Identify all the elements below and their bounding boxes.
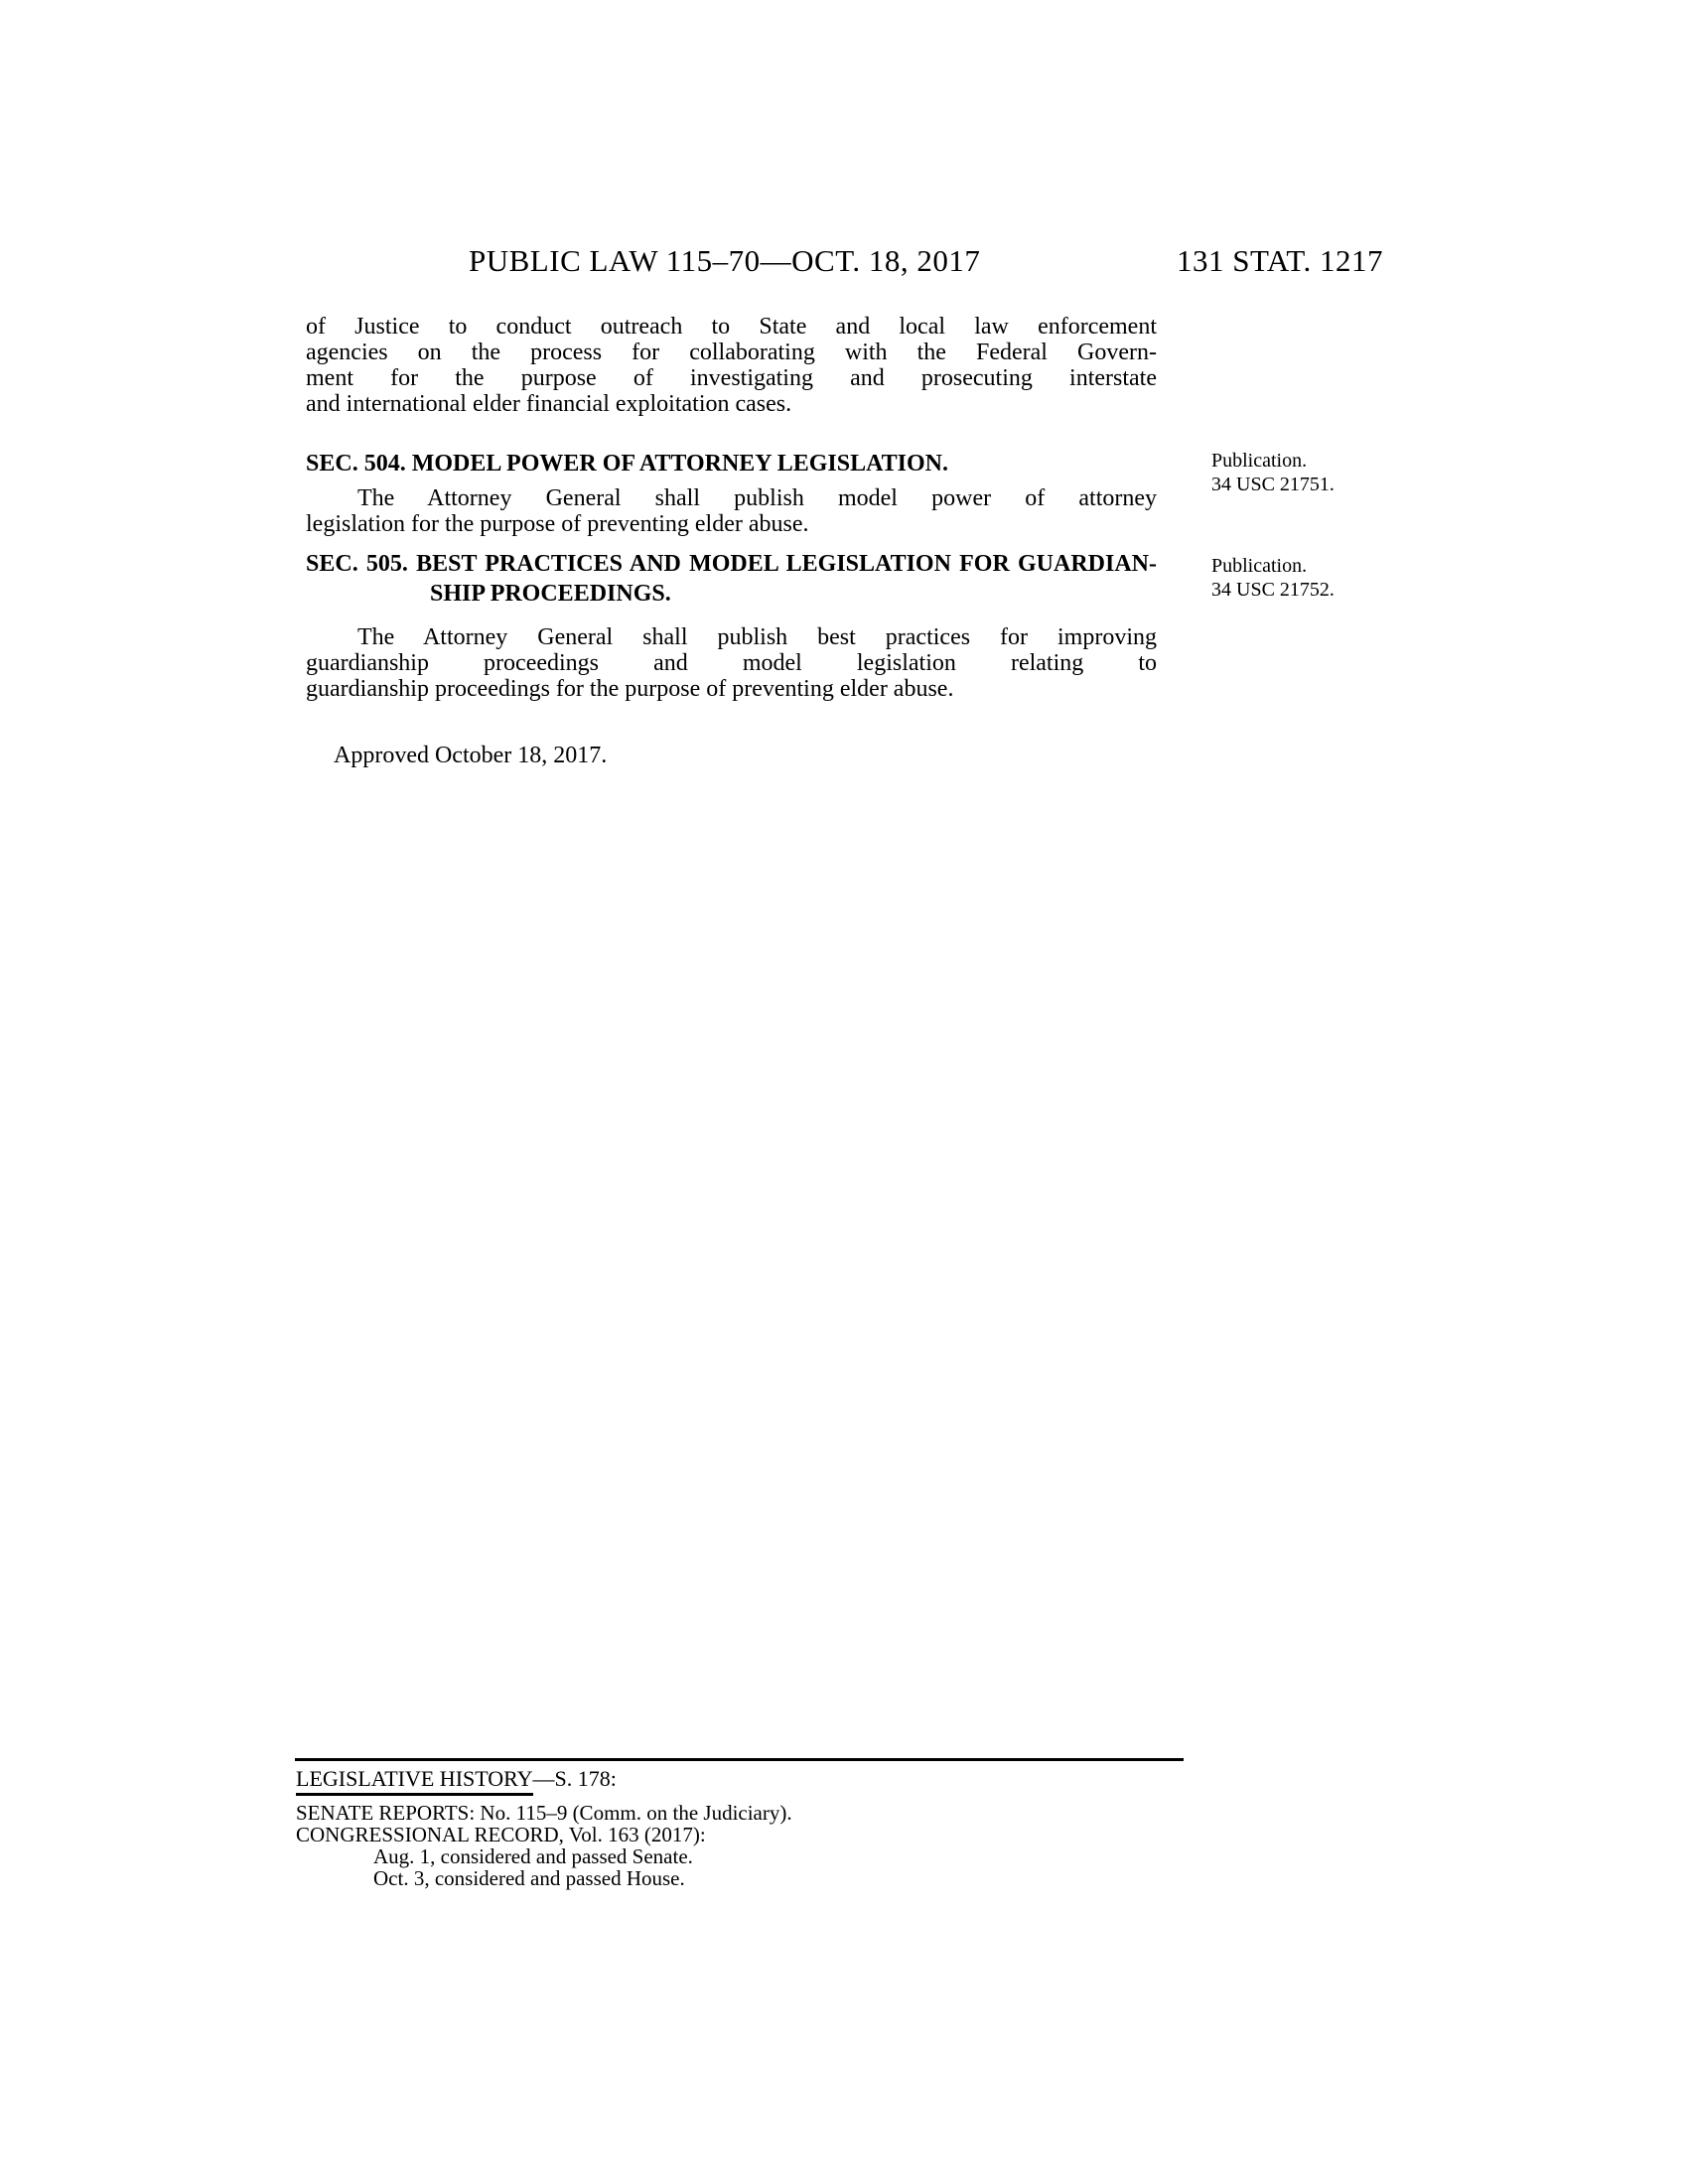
paragraph-line: The Attorney General shall publish best … (306, 624, 1157, 650)
paragraph-line: of Justice to conduct outreach to State … (306, 314, 1157, 340)
sec-504-margin-note: Publication. 34 USC 21751. (1211, 449, 1380, 496)
paragraph-line: ment for the purpose of investigating an… (306, 365, 1157, 391)
congressional-record-line: CONGRESSIONAL RECORD, Vol. 163 (2017): (296, 1824, 1184, 1845)
page-header-law-title: PUBLIC LAW 115–70—OCT. 18, 2017 (469, 243, 980, 279)
record-item: Aug. 1, considered and passed Senate. (296, 1845, 1184, 1867)
sec-505-paragraph: The Attorney General shall publish best … (306, 624, 1157, 702)
legislative-history-heading: LEGISLATIVE HISTORY—S. 178: (296, 1766, 617, 1792)
sec-505-heading: SEC. 505. BEST PRACTICES AND MODEL LEGIS… (306, 549, 1157, 609)
heading-line: SEC. 505. BEST PRACTICES AND MODEL LEGIS… (306, 549, 1157, 579)
intro-paragraph: of Justice to conduct outreach to State … (306, 314, 1157, 417)
paragraph-line: legislation for the purpose of preventin… (306, 511, 1157, 537)
paragraph-line: guardianship proceedings and model legis… (306, 650, 1157, 676)
paragraph-line: guardianship proceedings for the purpose… (306, 676, 1157, 702)
margin-note-line: Publication. (1211, 554, 1380, 578)
legislative-history-rule (295, 1758, 1184, 1761)
heading-line: SHIP PROCEEDINGS. (306, 579, 1157, 609)
legislative-history-title: LEGISLATIVE HISTORY (296, 1766, 533, 1796)
paragraph-line: agencies on the process for collaboratin… (306, 340, 1157, 365)
paragraph-line: and international elder financial exploi… (306, 391, 1157, 417)
margin-note-line: 34 USC 21751. (1211, 473, 1380, 496)
senate-reports-line: SENATE REPORTS: No. 115–9 (Comm. on the … (296, 1802, 1184, 1824)
record-item: Oct. 3, considered and passed House. (296, 1867, 1184, 1889)
margin-note-line: 34 USC 21752. (1211, 578, 1380, 602)
sec-504-paragraph: The Attorney General shall publish model… (306, 485, 1157, 537)
legislative-history-bill-number: —S. 178: (533, 1766, 617, 1791)
sec-505-margin-note: Publication. 34 USC 21752. (1211, 554, 1380, 602)
paragraph-line: The Attorney General shall publish model… (306, 485, 1157, 511)
page-header-stat-number: 131 STAT. 1217 (993, 243, 1383, 279)
statute-page: PUBLIC LAW 115–70—OCT. 18, 2017 131 STAT… (0, 0, 1688, 2184)
legislative-history-body: SENATE REPORTS: No. 115–9 (Comm. on the … (296, 1802, 1184, 1889)
approved-line: Approved October 18, 2017. (334, 743, 607, 769)
margin-note-line: Publication. (1211, 449, 1380, 473)
sec-504-heading: SEC. 504. MODEL POWER OF ATTORNEY LEGISL… (306, 449, 1157, 478)
